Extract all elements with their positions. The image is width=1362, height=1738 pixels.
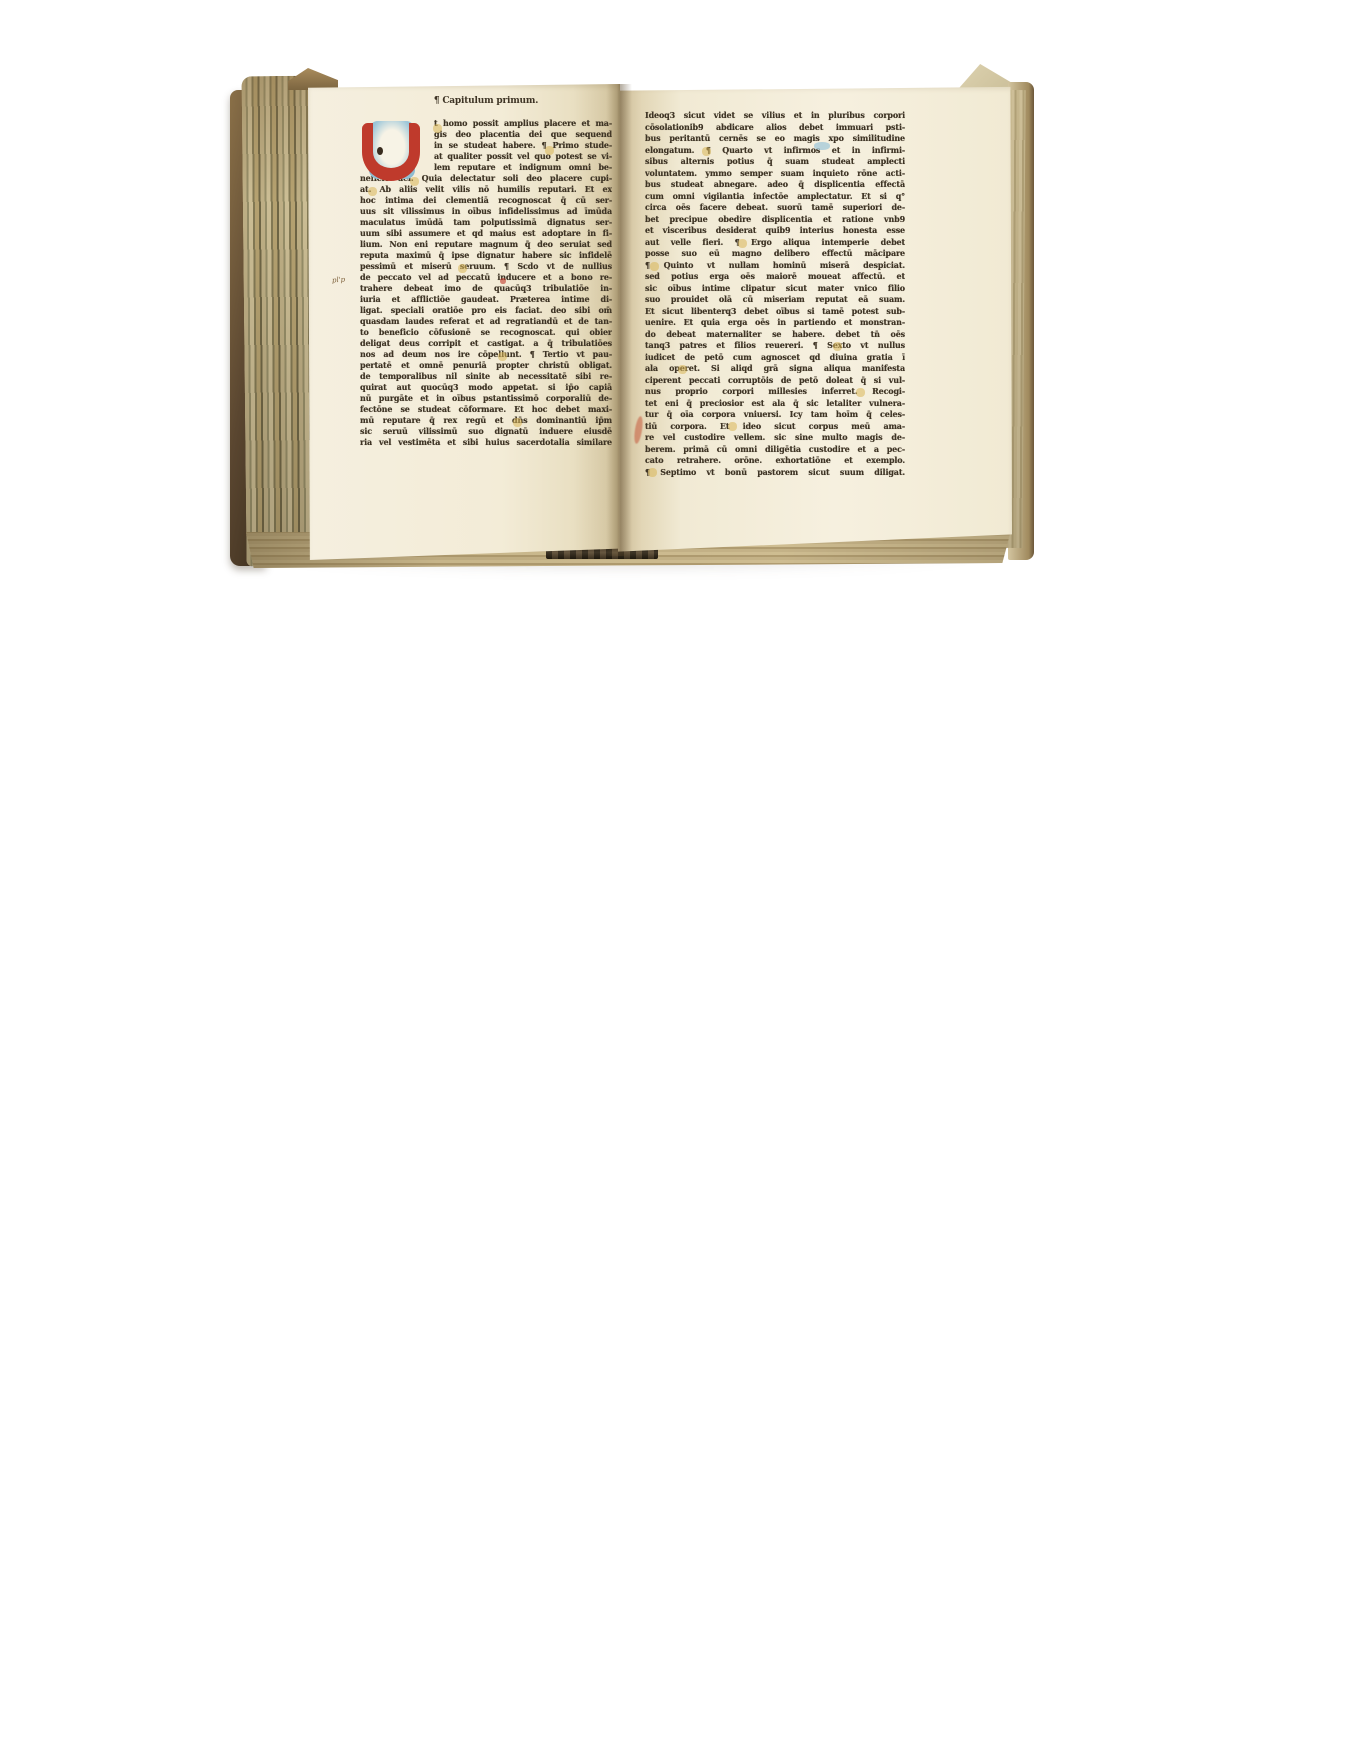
text-line: ria vel vestimēta et sibi huius sacerdot… (360, 437, 612, 448)
text-line: posse suo eū magno delibero effectū māci… (645, 248, 905, 260)
text-line: nū purgāte et in oībus pstantissimō corp… (360, 393, 612, 404)
left-text-block: t homo possit amplius placere et ma-gis … (360, 118, 612, 448)
text-line: cōsolationib9 abdicare alios debet immua… (645, 122, 905, 134)
book-cover-top-left-corner (288, 68, 338, 90)
text-line: to beneficio cōfusionē se recognoscat. q… (360, 327, 612, 338)
text-line: lium. Non eni reputare magnum q̄ deo ser… (360, 239, 612, 250)
text-line: berem. primā cū omni diligētia custodire… (645, 444, 905, 456)
yellow-wash-mark (545, 146, 554, 155)
text-line: tiū corpora. Et ideo sicut corpus meū am… (645, 421, 905, 433)
text-line: reputa maximū q̄ ipse dignatur habere si… (360, 250, 612, 261)
text-line: t homo possit amplius placere et ma- (434, 118, 612, 129)
text-line: bet precipue obedire displicentia et rat… (645, 214, 905, 226)
yellow-wash-mark (410, 177, 419, 186)
blue-wash-mark (814, 142, 830, 150)
text-line: bus peritantū cernēs se eo magis xpo sim… (645, 133, 905, 145)
open-book: ¶ Capitulum primum. t homo possit ampliu… (228, 60, 1018, 572)
yellow-wash-mark (856, 388, 865, 397)
text-line: de temporalibus nil sinite ab necessitat… (360, 371, 612, 382)
text-line: deligat deus corripit et castigat. a q̄ … (360, 338, 612, 349)
initial-letter-shape (362, 123, 420, 181)
text-line: ligat. speciali oratiōe pro eis faciat. … (360, 305, 612, 316)
yellow-wash-mark (513, 418, 522, 427)
text-line: quasdam laudes referat et ad regratiandū… (360, 316, 612, 327)
illuminated-initial-U (360, 121, 422, 183)
text-line: tet eni q̄ preciosior est ala q̄ sic let… (645, 398, 905, 410)
text-line: elongatum. ¶ Quarto vt infirmos et in in… (645, 145, 905, 157)
yellow-wash-mark (650, 262, 659, 271)
text-line: do debeat maternaliter se habere. debet … (645, 329, 905, 341)
text-line: circa oēs facere debeat. suorū tamē supe… (645, 202, 905, 214)
text-line: pertatē et omnē penuriā propter christū … (360, 360, 612, 371)
chapter-heading: ¶ Capitulum primum. (360, 96, 612, 106)
text-line: uus sit vilissimus in oībus infidelissim… (360, 206, 612, 217)
text-line: tanq3 patres et filios reuereri. ¶ Sexto… (645, 340, 905, 352)
text-line: sic oībus intime clipatur sicut mater vn… (645, 283, 905, 295)
text-line: cato retrahere. orōne. exhortatiōne et e… (645, 455, 905, 467)
initial-ink-dot (377, 147, 383, 155)
left-page: ¶ Capitulum primum. t homo possit ampliu… (308, 84, 620, 560)
text-line: et visceribus desiderat quib9 interius h… (645, 225, 905, 237)
text-line: quirat aut quocūq3 modo appetat. si ip̄o… (360, 382, 612, 393)
yellow-wash-mark (702, 147, 711, 156)
red-ink-mark (500, 278, 506, 284)
text-line: pessimū et miserū seruum. ¶ Scdo vt de n… (360, 261, 612, 272)
red-stain (633, 416, 644, 445)
text-line: at qualiter possit vel quo potest se vi- (434, 151, 612, 162)
text-line: suo prouidet olā cū miseriam reputat eā … (645, 294, 905, 306)
text-line: gis deo placentia dei que sequend (434, 129, 612, 140)
text-line: in se studeat habere. ¶ Primo stude- (434, 140, 612, 151)
text-line: uenire. Et quia erga oēs in partiendo et… (645, 317, 905, 329)
text-line: fectōne se studeat cōformare. Et hoc deb… (360, 404, 612, 415)
gutter-shadow (606, 84, 632, 556)
text-line: aut velle fieri. ¶ Ergo aliqua intemperi… (645, 237, 905, 249)
text-line: voluntatem. ymmo semper suam inquieto rō… (645, 168, 905, 180)
text-line: nus proprio corpori millesies inferret. … (645, 386, 905, 398)
text-line: ¶ Quinto vt nullam hominū miserā despici… (645, 260, 905, 272)
yellow-wash-mark (678, 365, 687, 374)
yellow-wash-mark (648, 468, 657, 477)
text-line: re vel custodire vellem. sic sine multo … (645, 432, 905, 444)
text-line: tur q̄ oīa corpora vniuersi. Icy tam hoī… (645, 409, 905, 421)
marginal-annotation: pl'p (332, 276, 346, 285)
text-line: Ideoq3 sicut videt se vilius et in pluri… (645, 110, 905, 122)
text-line: cum omni vigilantia infectōe amplectatur… (645, 191, 905, 203)
text-line: hoc intima dei clementiā recognoscat q̄ … (360, 195, 612, 206)
left-full-lines: neficio dei. Quia delectatur soli deo pl… (360, 173, 612, 448)
text-line: nos ad deum nos ire cōpellunt. ¶ Tertio … (360, 349, 612, 360)
yellow-wash-mark (833, 342, 842, 351)
text-line: sibus alternis potius q̄ suam studeat am… (645, 156, 905, 168)
yellow-wash-mark (498, 352, 507, 361)
yellow-wash-mark (738, 239, 747, 248)
text-line: trahere debeat imo de quacūq3 tribulatiō… (360, 283, 612, 294)
text-line: iuria et afflictiōe gaudeat. Præterea in… (360, 294, 612, 305)
text-line: ciperent peccati corruptōis de petō dole… (645, 375, 905, 387)
text-line: de peccato vel ad peccatū inducere et a … (360, 272, 612, 283)
text-line: lem reputare et indignum omni be- (434, 162, 612, 173)
right-text-block: Ideoq3 sicut videt se vilius et in pluri… (645, 110, 905, 478)
yellow-wash-mark (368, 187, 377, 196)
text-line: bus studeat abnegare. adeo q̄ displicent… (645, 179, 905, 191)
yellow-wash-mark (433, 124, 442, 133)
right-page: Ideoq3 sicut videt se vilius et in pluri… (618, 86, 1012, 554)
text-line: maculatus īmūdā tam polputissimā dignatu… (360, 217, 612, 228)
text-line: mū reputare q̄ rex regū et dn̄s dominant… (360, 415, 612, 426)
text-line: iudicet de petō cum agnoscet qd diuina g… (645, 352, 905, 364)
text-line: uum sibi assumere et qd maius est adopta… (360, 228, 612, 239)
text-line: Et sicut libenterq3 debet oībus si tamē … (645, 306, 905, 318)
yellow-wash-mark (728, 422, 737, 431)
text-line: ¶ Septimo vt bonū pastorem sicut suum di… (645, 467, 905, 479)
text-line: at. Ab aliis velit vilis nō humilis repu… (360, 184, 612, 195)
yellow-wash-mark (458, 264, 467, 273)
text-line: sed potius erga oēs maiorē moueat affect… (645, 271, 905, 283)
text-line: sic seruū vilissimū suo dignatū induere … (360, 426, 612, 437)
